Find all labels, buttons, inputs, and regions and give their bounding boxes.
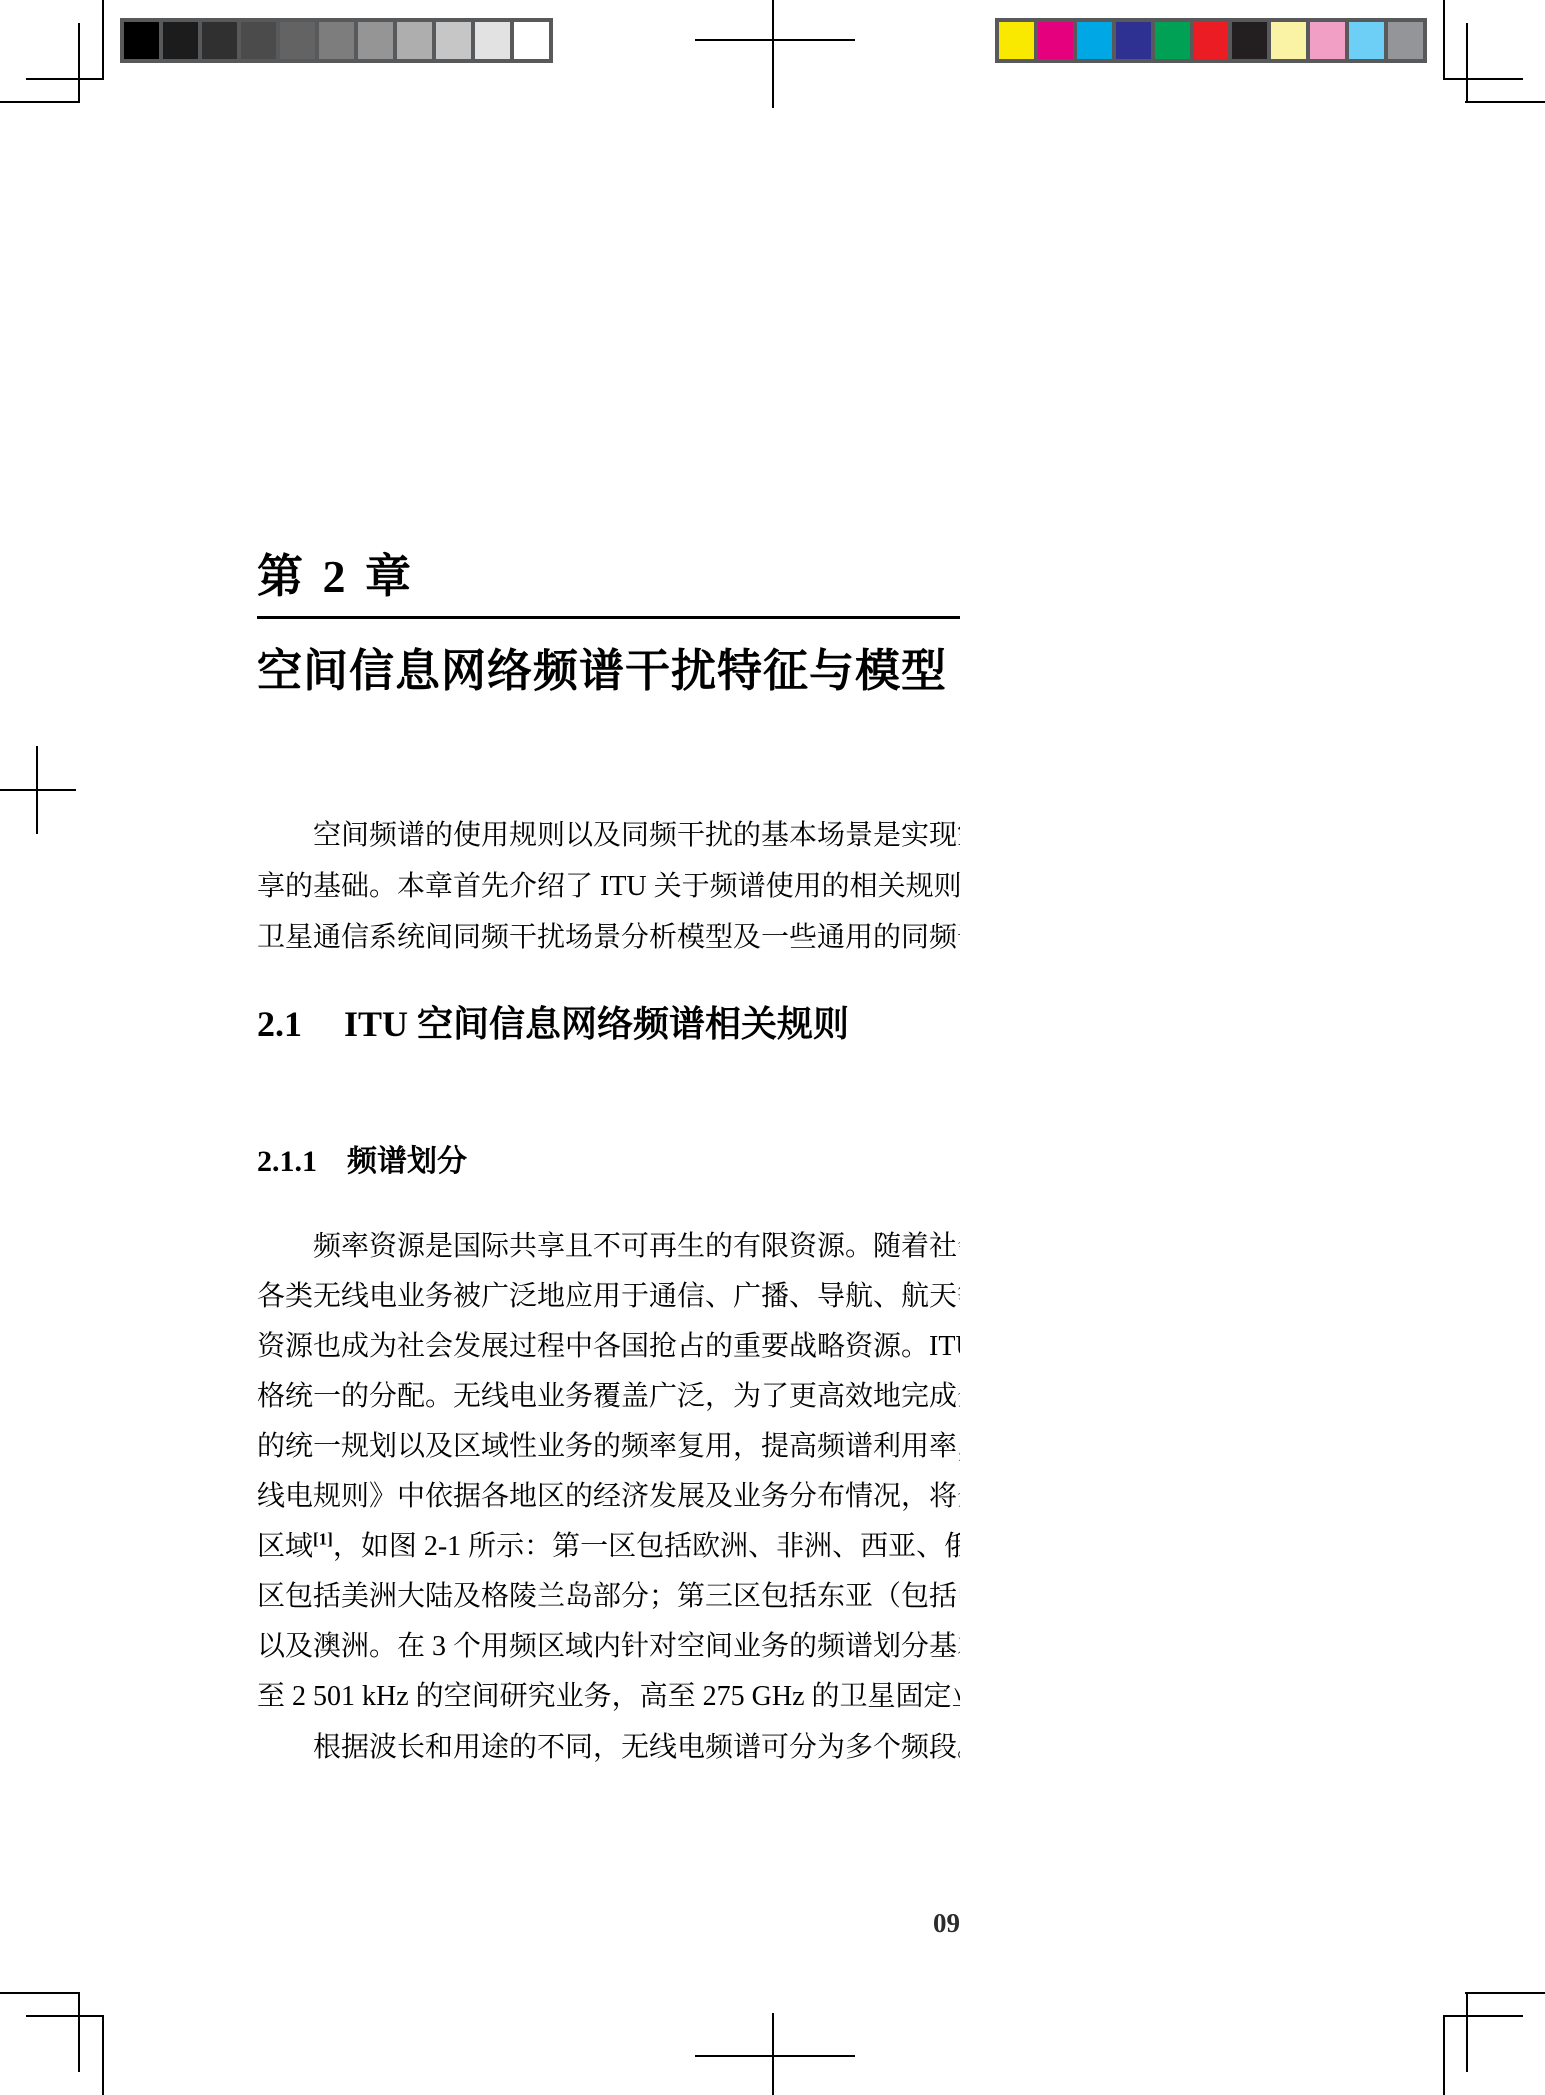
crop-mark	[1443, 2015, 1523, 2017]
calibration-swatch	[1310, 22, 1345, 59]
calibration-swatch	[397, 22, 432, 59]
text-run: 区域	[257, 1531, 313, 1562]
registration-cross	[0, 789, 76, 791]
subsection-title: 频谱划分	[347, 1145, 467, 1178]
registration-cross	[36, 746, 38, 834]
text-line: 频率资源是国际共享且不可再生的有限资源。随着社会经济的不断发展，	[257, 1222, 960, 1272]
text-line: 各类无线电业务被广泛地应用于通信、广播、导航、航天等领域，无线电频谱	[257, 1272, 960, 1322]
text-run: ，如图 2-1 所示：第一区包括欧洲、非洲、西亚、俄罗斯及蒙古等；第二	[333, 1531, 960, 1562]
crop-mark	[1466, 23, 1468, 103]
intro-paragraph: 空间频谱的使用规则以及同频干扰的基本场景是实现空间信息网络频谱共 享的基础。本章…	[257, 810, 960, 963]
crop-mark	[102, 0, 104, 80]
text-line: 根据波长和用途的不同，无线电频谱可分为多个频段。空间业务常用的频	[257, 1722, 960, 1773]
color-calibration-bar	[995, 18, 1427, 63]
crop-mark	[78, 1992, 80, 2072]
text-line: 的统一规划以及区域性业务的频率复用，提高频谱利用率，ITU 在其发布的《无	[257, 1422, 960, 1472]
calibration-swatch	[1038, 22, 1073, 59]
chapter-title: 空间信息网络频谱干扰特征与模型	[257, 634, 960, 699]
crop-mark	[102, 2015, 104, 2095]
calibration-swatch	[319, 22, 354, 59]
page-number: 09	[257, 1908, 960, 1939]
calibration-swatch	[475, 22, 510, 59]
calibration-swatch	[1388, 22, 1423, 59]
calibration-swatch	[358, 22, 393, 59]
scanned-book-page: 第 2 章 空间信息网络频谱干扰特征与模型 空间频谱的使用规则以及同频干扰的基本…	[0, 0, 1545, 2095]
calibration-swatch	[241, 22, 276, 59]
text-line: 卫星通信系统间同频干扰场景分析模型及一些通用的同频干扰规避方法和策略。	[257, 912, 960, 963]
calibration-swatch	[1116, 22, 1151, 59]
calibration-swatch	[436, 22, 471, 59]
text-line: 区域[1]，如图 2-1 所示：第一区包括欧洲、非洲、西亚、俄罗斯及蒙古等；第二	[257, 1522, 960, 1572]
crop-mark	[0, 1992, 80, 1994]
calibration-swatch	[1194, 22, 1229, 59]
text-line: 至 2 501 kHz 的空间研究业务，高至 275 GHz 的卫星固定业务（地…	[257, 1672, 960, 1722]
calibration-swatch	[999, 22, 1034, 59]
crop-mark	[1443, 0, 1445, 80]
subsection-number: 2.1.1	[257, 1145, 317, 1178]
crop-mark	[1465, 1992, 1545, 1994]
section-heading: 2.1ITU 空间信息网络频谱相关规则	[257, 996, 960, 1047]
text-line: 区包括美洲大陆及格陵兰岛部分；第三区包括东亚（包括中国）、东南亚、南亚	[257, 1572, 960, 1622]
crop-mark	[1466, 1992, 1468, 2072]
text-line: 格统一的分配。无线电业务覆盖广泛，为了更高效地完成全球无线电业务频率	[257, 1372, 960, 1422]
registration-cross	[772, 0, 774, 108]
text-line: 线电规则》中依据各地区的经济发展及业务分布情况，将全球划分成 3 个用频	[257, 1472, 960, 1522]
calibration-swatch	[1155, 22, 1190, 59]
subsection-heading: 2.1.1频谱划分	[257, 1136, 960, 1180]
grayscale-calibration-bar	[120, 18, 553, 63]
calibration-swatch	[163, 22, 198, 59]
tail-paragraph: 根据波长和用途的不同，无线电频谱可分为多个频段。空间业务常用的频	[257, 1722, 960, 1773]
calibration-swatch	[280, 22, 315, 59]
calibration-swatch	[1271, 22, 1306, 59]
registration-cross	[695, 39, 855, 41]
calibration-swatch	[1077, 22, 1112, 59]
registration-cross	[772, 2013, 774, 2095]
calibration-swatch	[514, 22, 549, 59]
crop-mark	[1443, 78, 1523, 80]
calibration-swatch	[202, 22, 237, 59]
crop-mark	[0, 101, 80, 103]
section-number: 2.1	[257, 1004, 302, 1044]
text-line: 资源也成为社会发展过程中各国抢占的重要战略资源。ITU 对频率资源有着严	[257, 1322, 960, 1372]
calibration-swatch	[124, 22, 159, 59]
chapter-number: 第 2 章	[257, 540, 960, 606]
registration-cross	[695, 2055, 855, 2057]
crop-mark	[78, 23, 80, 103]
crop-mark	[26, 78, 104, 80]
footnote-ref: [1]	[313, 1530, 333, 1549]
crop-mark	[26, 2015, 104, 2017]
text-line: 以及澳洲。在 3 个用频区域内针对空间业务的频谱划分基本一致，均涵盖了低	[257, 1622, 960, 1672]
text-line: 享的基础。本章首先介绍了 ITU 关于频谱使用的相关规则，在此基础上，介绍了	[257, 861, 960, 912]
crop-mark	[1443, 2015, 1445, 2095]
calibration-swatch	[1232, 22, 1267, 59]
section-title: ITU 空间信息网络频谱相关规则	[344, 1004, 849, 1044]
body-paragraph: 频率资源是国际共享且不可再生的有限资源。随着社会经济的不断发展， 各类无线电业务…	[257, 1222, 960, 1722]
text-line: 空间频谱的使用规则以及同频干扰的基本场景是实现空间信息网络频谱共	[257, 810, 960, 861]
calibration-swatch	[1349, 22, 1384, 59]
crop-mark	[1465, 101, 1545, 103]
chapter-divider	[257, 616, 960, 619]
